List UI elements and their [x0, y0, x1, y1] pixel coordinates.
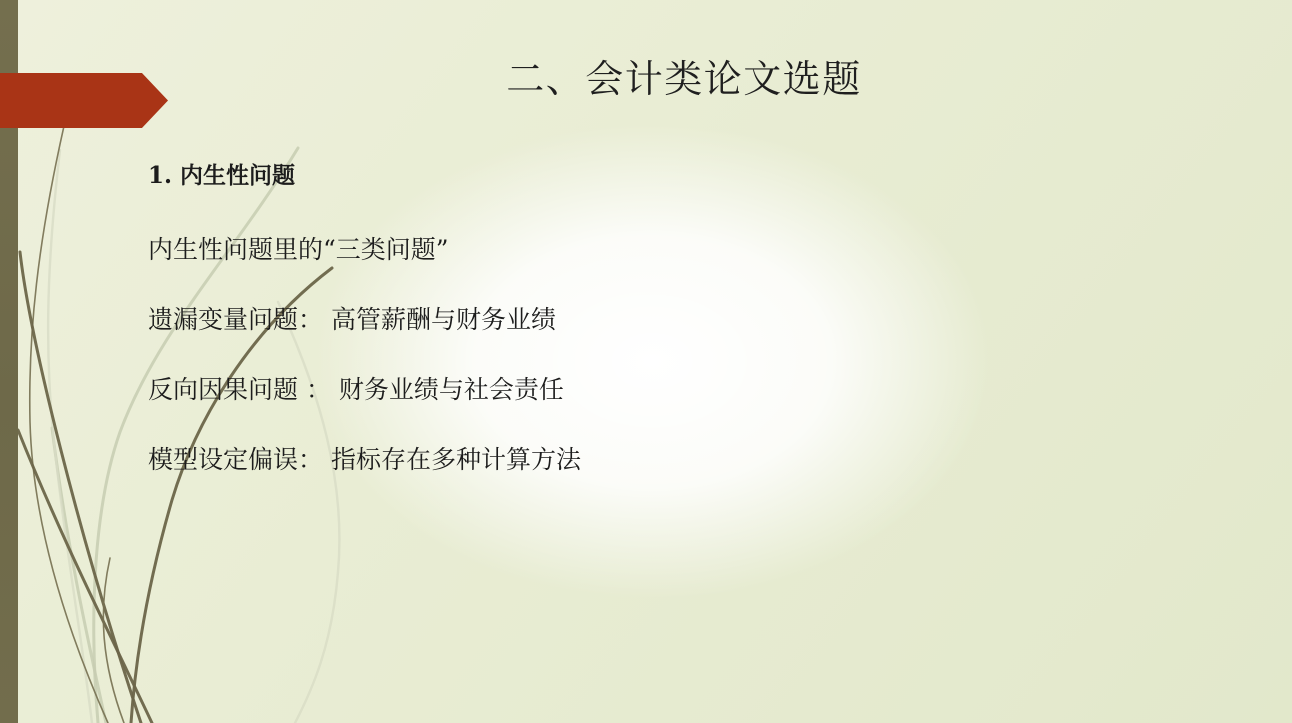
- body-line: 遗漏变量问题： 高管薪酬与财务业绩: [148, 300, 1048, 336]
- body-line: 内生性问题里的“三类问题”: [148, 230, 1048, 266]
- grass-curve-dark-long-arc: [131, 268, 332, 723]
- grass-curve-light-right-arc: [278, 302, 339, 723]
- presentation-slide: 二、会计类论文选题 1. 内生性问题 内生性问题里的“三类问题” 遗漏变量问题：…: [0, 0, 1292, 723]
- grass-curve-faint-left: [48, 150, 92, 723]
- grass-curve-dark-bow: [103, 558, 124, 723]
- body-line: 反向因果问题 ： 财务业绩与社会责任: [148, 370, 1048, 406]
- grass-curve-dark-blade: [30, 126, 108, 723]
- slide-title: 二、会计类论文选题: [18, 48, 1292, 103]
- body-line: 模型设定偏误： 指标存在多种计算方法: [148, 440, 1048, 476]
- body-heading: 1. 内生性问题: [148, 157, 1048, 190]
- grass-curves-decoration: [0, 0, 1292, 723]
- grass-curve-light-short: [52, 428, 106, 723]
- grass-curve-dark-lower-diagonal: [18, 430, 152, 723]
- grass-curve-dark-diagonal: [20, 252, 141, 723]
